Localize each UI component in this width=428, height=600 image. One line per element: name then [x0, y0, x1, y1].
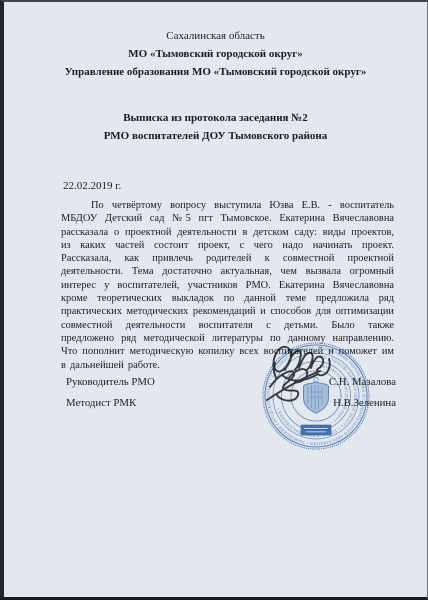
- document-title-line1: Выписка из протокола заседания №2: [4, 109, 427, 127]
- document-title: Выписка из протокола заседания №2 РМО во…: [4, 109, 427, 145]
- letterhead-region: Сахалинская область: [4, 27, 427, 45]
- letterhead-department: Управление образования МО «Тымовский гор…: [4, 63, 427, 81]
- document-page: Сахалинская область МО «Тымовский городс…: [0, 0, 428, 600]
- document-title-line2: РМО воспитателей ДОУ Тымовского района: [4, 127, 427, 145]
- official-stamp: • УПРАВЛЕНИЕ ОБРАЗОВАНИЯ МУНИЦИПАЛЬНОГО …: [260, 340, 372, 452]
- letterhead: Сахалинская область МО «Тымовский городс…: [4, 2, 427, 81]
- stamp-emblem: [304, 377, 329, 413]
- letterhead-municipality: МО «Тымовский городской округ»: [4, 45, 427, 63]
- signature-role: Руководитель РМО: [66, 376, 155, 388]
- signature-role: Методист РМК: [66, 397, 136, 409]
- stamp-banner: [301, 425, 331, 435]
- document-date: 22.02.2019 г.: [63, 180, 427, 192]
